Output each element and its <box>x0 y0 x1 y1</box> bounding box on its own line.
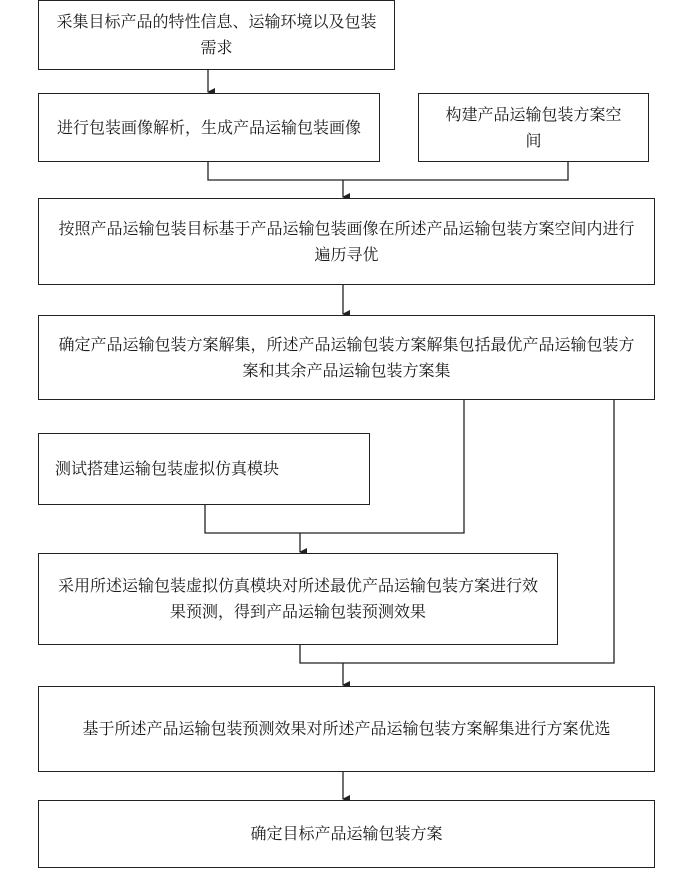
step-packaging-portrait: 进行包装画像解析，生成产品运输包装画像 <box>38 93 380 162</box>
step-collect-info: 采集目标产品的特性信息、运输环境以及包装需求 <box>38 0 395 70</box>
step-text: 构建产品运输包装方案空间 <box>441 102 626 154</box>
step-traverse-optimize: 按照产品运输包装目标基于产品运输包装画像在所述产品运输包装方案空间内进行遍历寻优 <box>38 198 655 285</box>
step-solution-set: 确定产品运输包装方案解集，所述产品运输包装方案解集包括最优产品运输包装方案和其余… <box>38 315 655 400</box>
step-solution-space: 构建产品运输包装方案空间 <box>418 93 649 162</box>
step-text: 采用所述运输包装虚拟仿真模块对所述最优产品运输包装方案进行效果预测，得到产品运输… <box>55 573 541 625</box>
step-text: 基于所述产品运输包装预测效果对所述产品运输包装方案解集进行方案优选 <box>82 716 610 742</box>
step-text: 确定产品运输包装方案解集，所述产品运输包装方案解集包括最优产品运输包装方案和其余… <box>55 332 638 384</box>
step-text: 采集目标产品的特性信息、运输环境以及包装需求 <box>55 9 378 61</box>
step-text: 确定目标产品运输包装方案 <box>250 821 442 847</box>
step-final-solution: 确定目标产品运输包装方案 <box>38 800 655 868</box>
step-predict-effect: 采用所述运输包装虚拟仿真模块对所述最优产品运输包装方案进行效果预测，得到产品运输… <box>38 553 558 645</box>
step-build-simulation: 测试搭建运输包装虚拟仿真模块 <box>38 433 370 505</box>
step-text: 测试搭建运输包装虚拟仿真模块 <box>55 456 279 482</box>
step-select-solution: 基于所述产品运输包装预测效果对所述产品运输包装方案解集进行方案优选 <box>38 686 655 772</box>
merge-s2-s3 <box>208 162 568 180</box>
step-text: 按照产品运输包装目标基于产品运输包装画像在所述产品运输包装方案空间内进行遍历寻优 <box>55 216 638 268</box>
step-text: 进行包装画像解析，生成产品运输包装画像 <box>57 115 361 141</box>
